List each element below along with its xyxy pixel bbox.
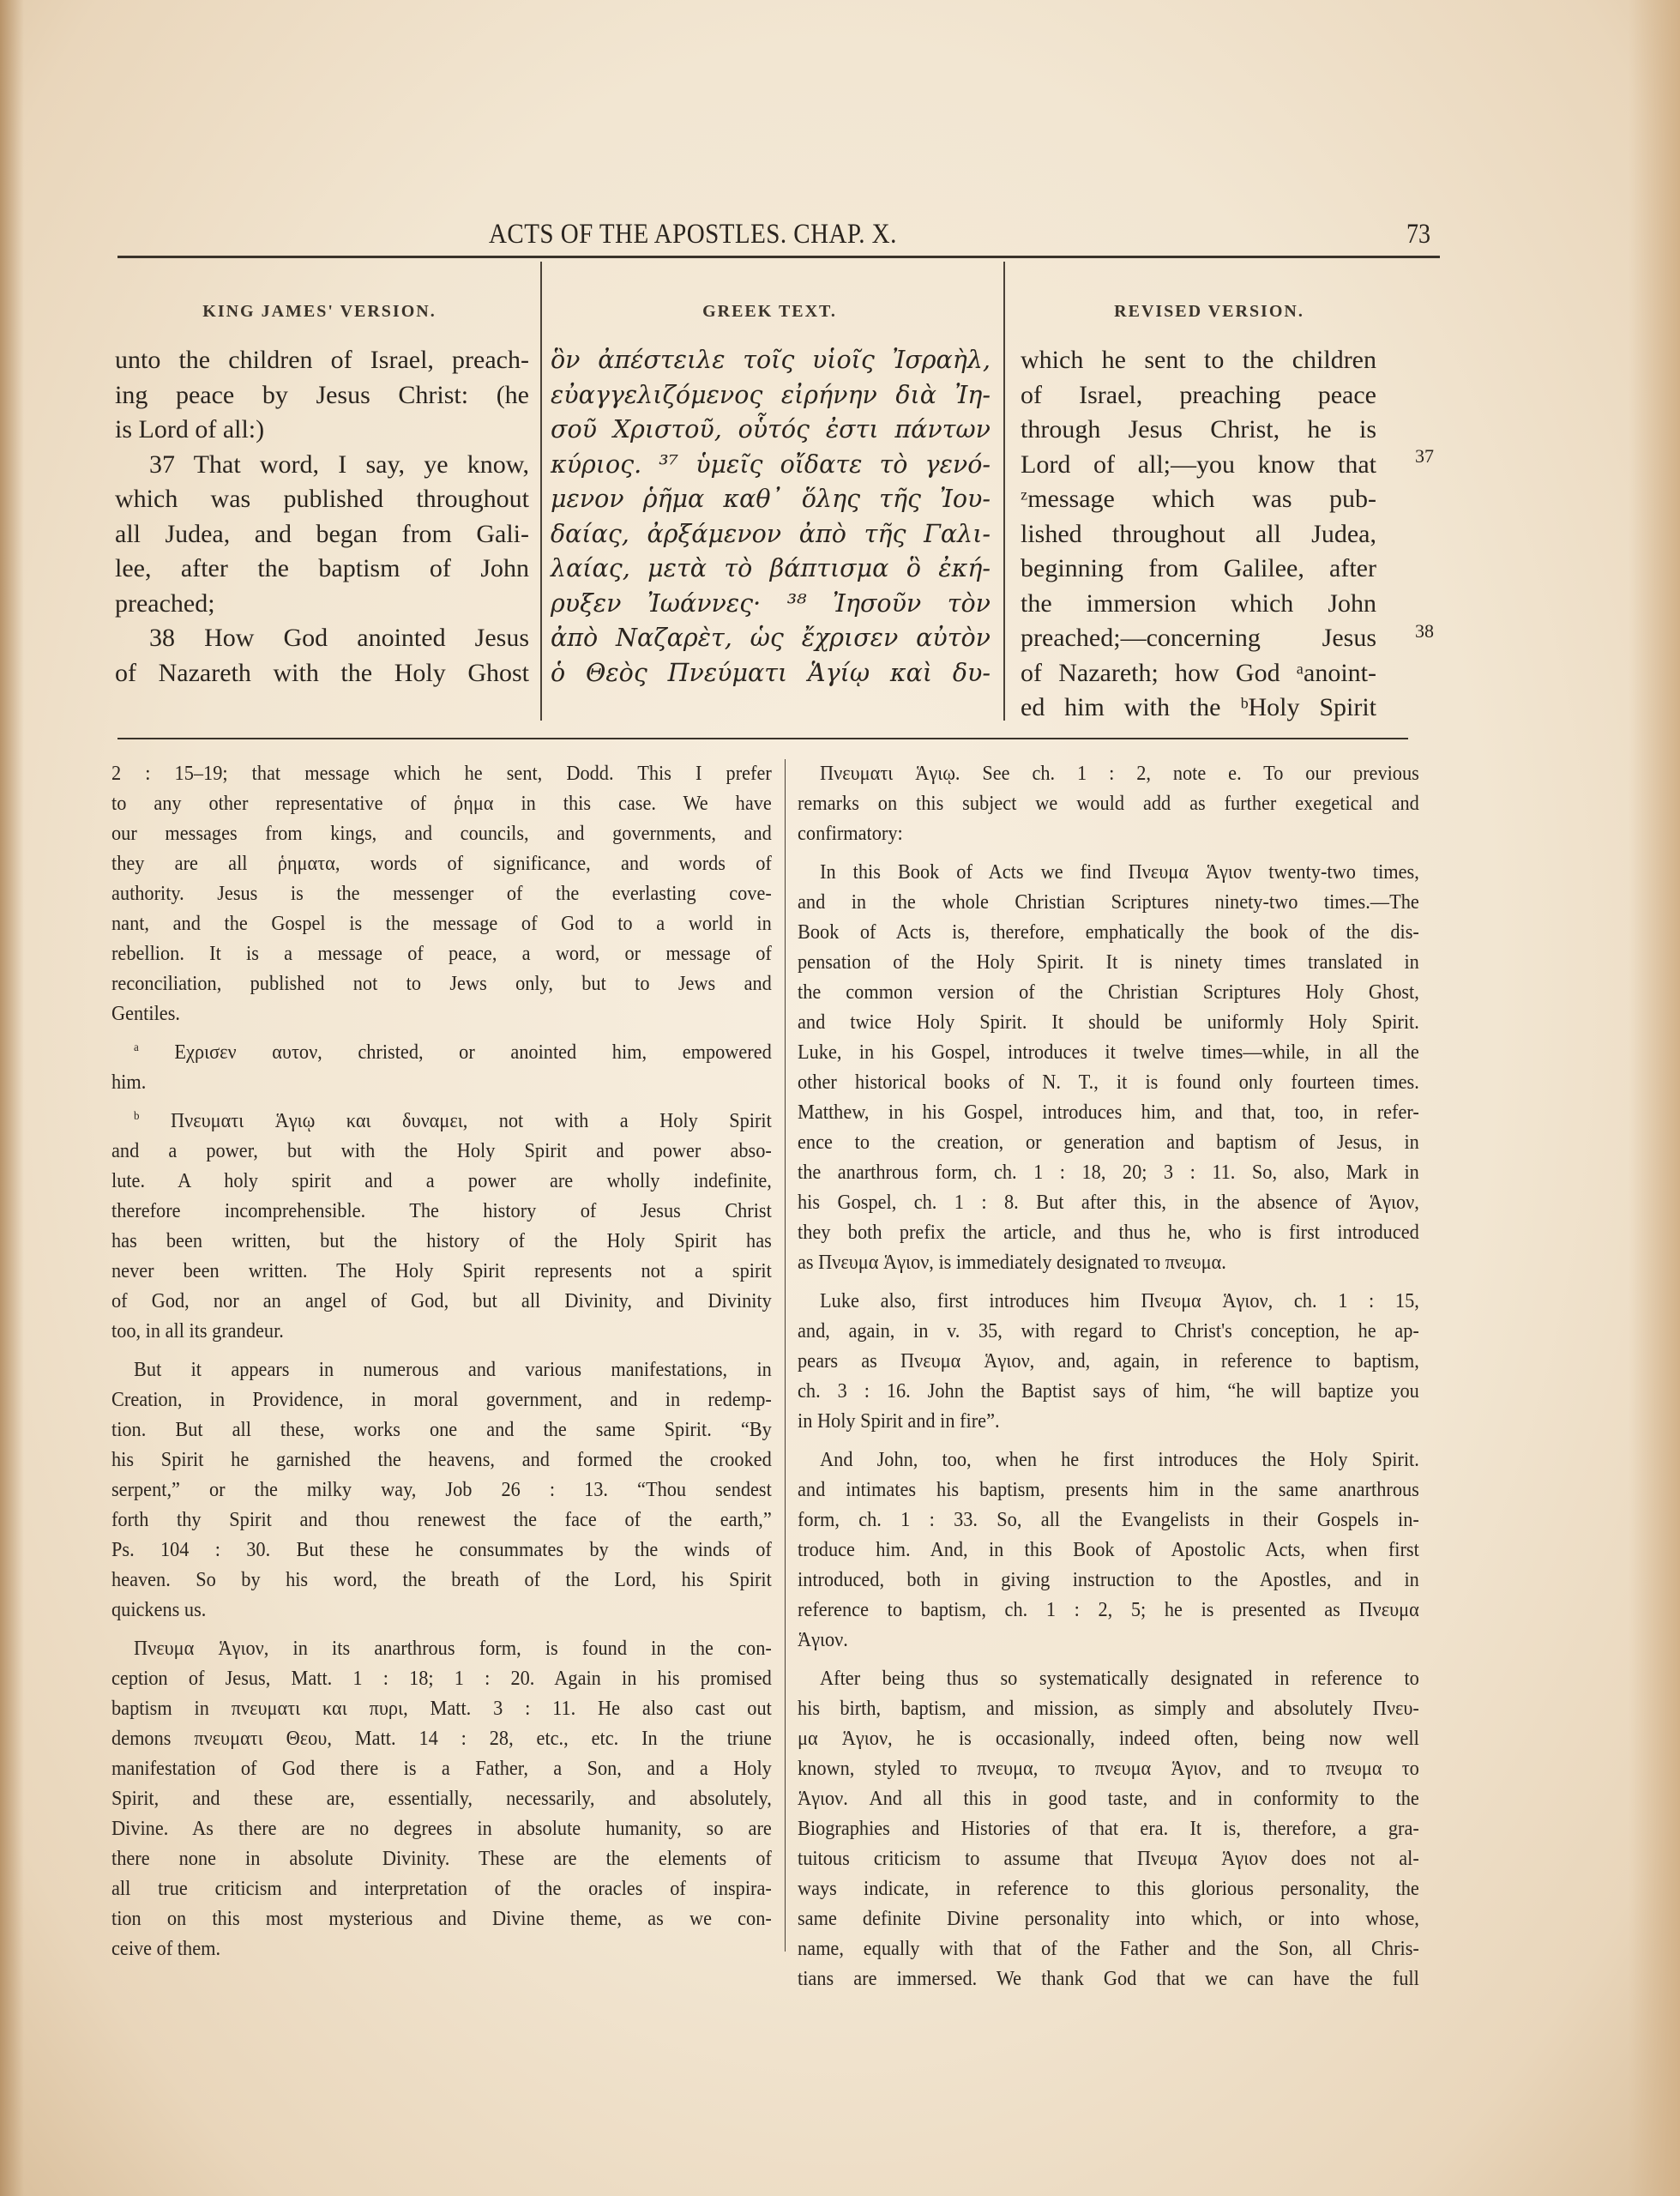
notes-rule [117,738,1408,739]
text-line: ρυξεν Ἰωάννες· ³⁸ Ἰησοῦν τὸν [551,587,991,622]
text-line: λαίας, μετὰ τὸ βάπτισμα ὃ ἐκή- [551,552,991,587]
margin-verse-number: 38 [1415,620,1434,643]
text-line: which was published throughout [115,482,529,517]
revised-text: which he sent to the children of Israel,… [1012,343,1376,726]
page-number: 73 [1406,219,1430,250]
revised-heading: REVISED VERSION. [1012,302,1406,328]
text-line: σοῦ Χριστοῦ, οὗτός ἐστι πάντων [551,413,991,448]
text-line: of Nazareth; how God ᵃanoint- [1021,656,1376,691]
margin-verse-number: 37 [1415,445,1434,468]
footnote-marker: b [134,1110,140,1123]
note-paragraph: And John, too, when he first introduces … [798,1445,1419,1656]
kjv-column: KING JAMES' VERSION. unto the children o… [111,262,536,725]
text-line: of Nazareth with the Holy Ghost [115,656,529,691]
text-line: ᶻmessage which was pub- [1021,482,1376,517]
text-line: which he sent to the children [1021,343,1376,378]
note-paragraph: But it appears in numerous and various m… [111,1355,772,1626]
text-line: the immersion which John [1021,587,1376,622]
text-line: ὁ Θεὸς Πνεύματι Ἁγίῳ καὶ δυ- [551,656,991,691]
text-line: preached; [115,587,529,622]
text-line: all Judea, and began from Gali- [115,517,529,552]
kjv-text: unto the children of Israel, preach- ing… [111,343,536,691]
text-line: lished throughout all Judea, [1021,517,1376,552]
greek-text: ὃν ἀπέστειλε τοῖς υἱοῖς Ἰσραὴλ, εὐαγγελι… [540,343,999,691]
text-line: preached;—concerning Jesus [1021,621,1376,656]
note-paragraph: In this Book of Acts we find Πνευμα Ἁγιο… [798,858,1419,1278]
text-line: ing peace by Jesus Christ: (he [115,378,529,413]
kjv-heading: KING JAMES' VERSION. [111,302,527,328]
text-line: κύριος. ³⁷ ὑμεῖς οἴδατε τὸ γενό- [551,448,991,483]
text-line: unto the children of Israel, preach- [115,343,529,378]
footnote-marker: a [134,1041,139,1054]
text-line: ὃν ἀπέστειλε τοῖς υἱοῖς Ἰσραὴλ, [551,343,991,378]
notes-left-column: 2 : 15–19; that message which he sent, D… [111,759,772,1973]
note-paragraph: After being thus so systematically desig… [798,1664,1419,1994]
text-line: of Israel, preaching peace [1021,378,1376,413]
text-line: Lord of all;—you know that [1021,448,1376,483]
footnote-b: b Πνευματι Ἁγιῳ και δυναμει, not with a … [111,1107,772,1347]
page-gutter-shadow [0,0,24,2196]
column-divider [1003,262,1005,721]
text-line: εὐαγγελιζόμενος εἰρήνην διὰ Ἰη- [551,378,991,413]
commentary-notes: 2 : 15–19; that message which he sent, D… [111,759,1419,1960]
note-paragraph: 2 : 15–19; that message which he sent, D… [111,759,772,1029]
note-paragraph: Luke also, first introduces him Πνευμα Ἁ… [798,1287,1419,1437]
revised-column: REVISED VERSION. which he sent to the ch… [1012,262,1406,725]
text-line: ἀπὸ Ναζαρὲτ, ὡς ἔχρισεν αὐτὸν [551,621,991,656]
running-title: ACTS OF THE APOSTLES. CHAP. X. [489,219,897,250]
greek-heading: GREEK TEXT. [540,302,999,328]
notes-column-divider [785,759,786,1952]
footnote-a: a Εχρισεν αυτον, christed, or anointed h… [111,1038,772,1098]
notes-right-column: Πνευματι Ἁγιῳ. See ch. 1 : 2, note e. To… [798,759,1419,2003]
header-rule [117,256,1440,258]
text-line: through Jesus Christ, he is [1021,413,1376,448]
verse-38-line: 38 How God anointed Jesus [115,621,529,656]
verse-37-line: 37 That word, I say, ye know, [115,448,529,483]
text-line: lee, after the baptism of John [115,552,529,587]
note-paragraph: Πνευματι Ἁγιῳ. See ch. 1 : 2, note e. To… [798,759,1419,849]
text-line: μενον ῥῆμα καθ᾽ ὅλης τῆς Ἰου- [551,482,991,517]
page-edge-shadow [1629,0,1680,2196]
greek-column: GREEK TEXT. ὃν ἀπέστειλε τοῖς υἱοῖς Ἰσρα… [540,262,999,725]
parallel-versions: KING JAMES' VERSION. unto the children o… [111,262,1415,725]
text-line: δαίας, ἀρξάμενον ἀπὸ τῆς Γαλι- [551,517,991,552]
text-line: ed him with the ᵇHoly Spirit [1021,691,1376,726]
text-line: beginning from Galilee, after [1021,552,1376,587]
note-paragraph: Πνευμα Ἁγιον, in its anarthrous form, is… [111,1634,772,1964]
text-line: is Lord of all:) [115,413,529,448]
